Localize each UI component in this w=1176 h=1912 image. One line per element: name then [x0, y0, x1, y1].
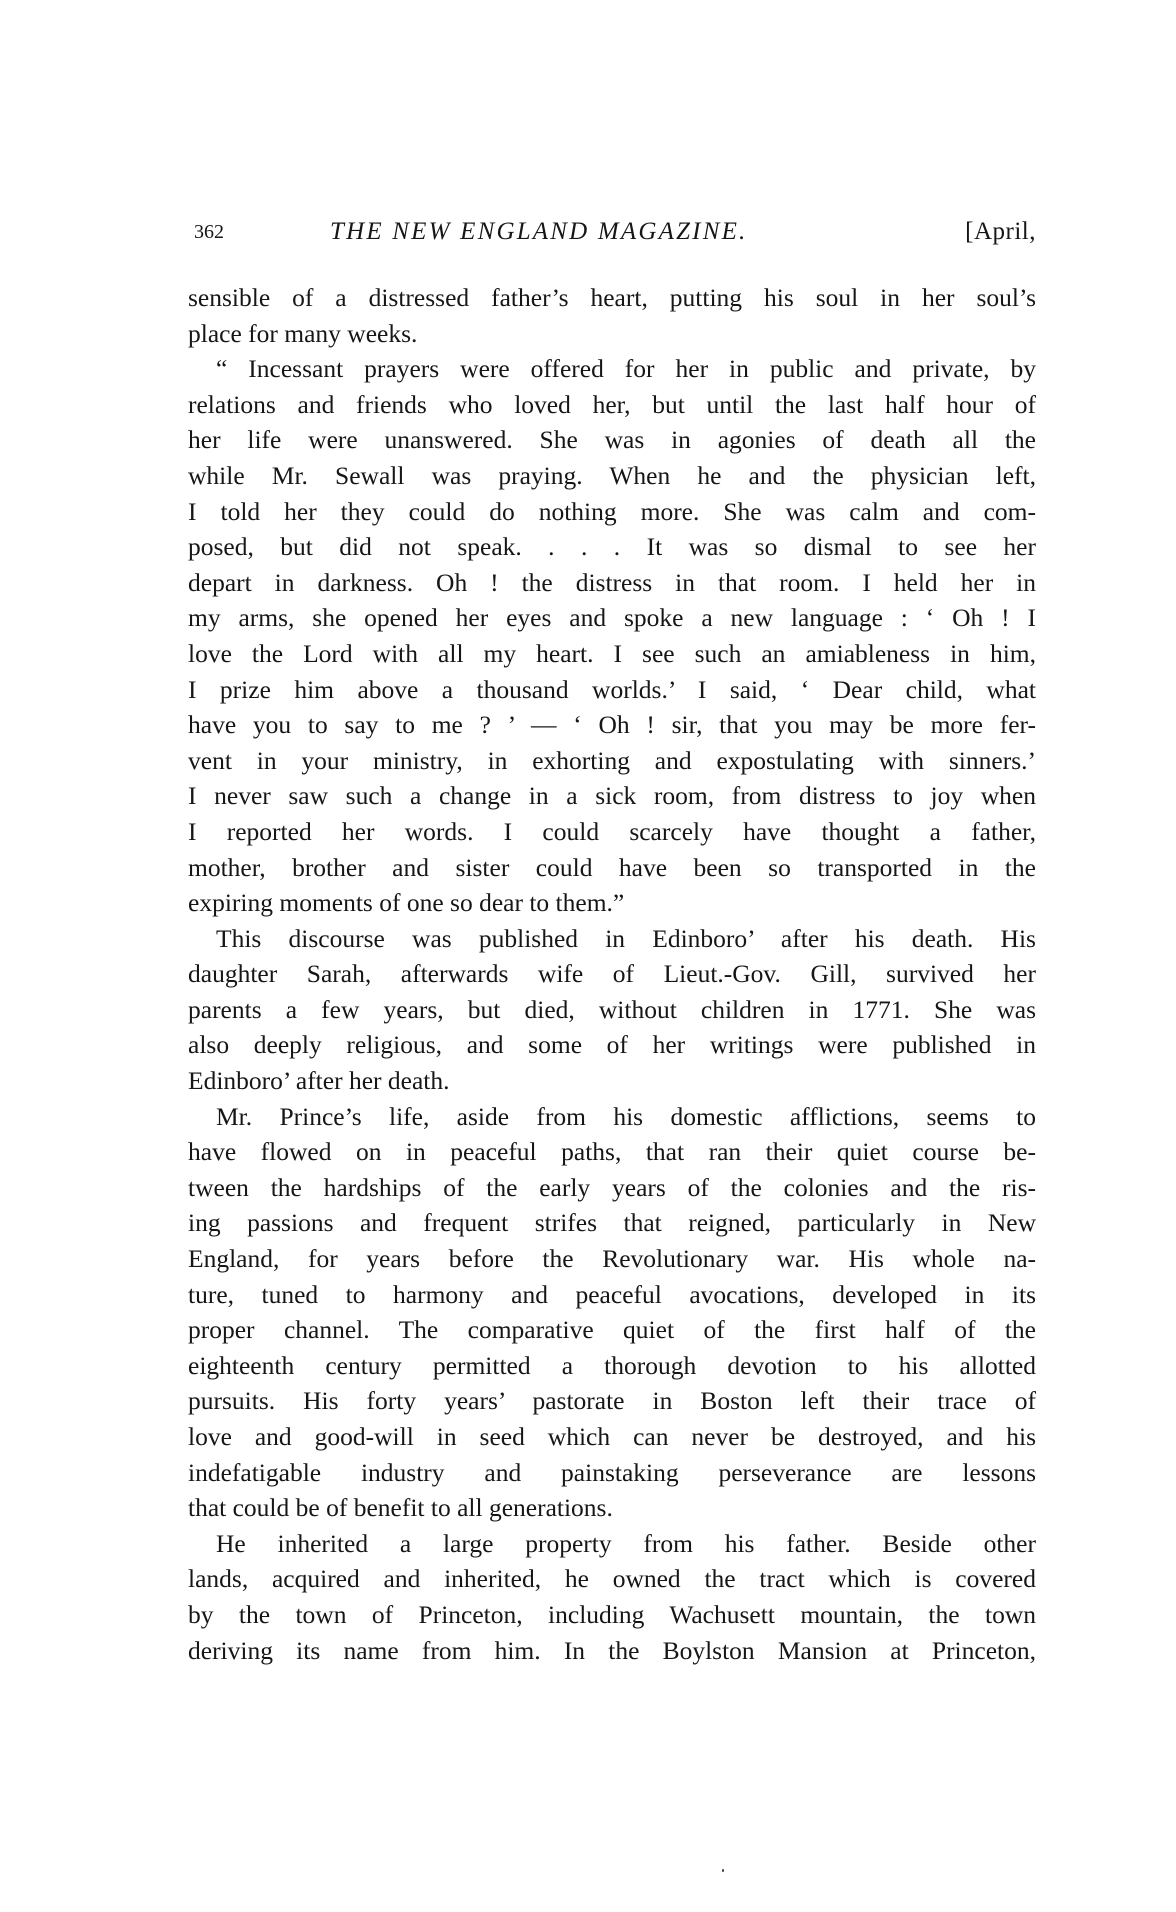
text-line: pursuits. His forty years’ pastorate in … [188, 1383, 1036, 1419]
text-line: love and good-will in seed which can nev… [188, 1419, 1036, 1455]
text-line: have you to say to me ? ’ — ‘ Oh ! sir, … [188, 707, 1036, 743]
body-text: sensible of a distressed father’s heart,… [188, 280, 1036, 1668]
text-line: my arms, she opened her eyes and spoke a… [188, 600, 1036, 636]
text-line: posed, but did not speak. . . . It was s… [188, 529, 1036, 565]
issue-month: [April, [965, 214, 1036, 250]
text-line: “ Incessant prayers were offered for her… [188, 351, 1036, 387]
text-line: I never saw such a change in a sick room… [188, 778, 1036, 814]
text-line: her life were unanswered. She was in ago… [188, 422, 1036, 458]
text-line: tween the hardships of the early years o… [188, 1170, 1036, 1206]
text-line: Mr. Prince’s life, aside from his domest… [188, 1099, 1036, 1135]
text-line: place for many weeks. [188, 316, 1036, 352]
text-line: love the Lord with all my heart. I see s… [188, 636, 1036, 672]
text-line: He inherited a large property from his f… [188, 1526, 1036, 1562]
text-line: proper channel. The comparative quiet of… [188, 1312, 1036, 1348]
text-line: England, for years before the Revolution… [188, 1241, 1036, 1277]
text-line: vent in your ministry, in exhorting and … [188, 743, 1036, 779]
text-line: I prize him above a thousand worlds.’ I … [188, 672, 1036, 708]
text-line: daughter Sarah, afterwards wife of Lieut… [188, 956, 1036, 992]
text-line: eighteenth century permitted a thorough … [188, 1348, 1036, 1384]
text-line: mother, brother and sister could have be… [188, 850, 1036, 886]
text-line: relations and friends who loved her, but… [188, 387, 1036, 423]
text-line: Edinboro’ after her death. [188, 1063, 1036, 1099]
text-line: parents a few years, but died, without c… [188, 992, 1036, 1028]
text-line: ing passions and frequent strifes that r… [188, 1205, 1036, 1241]
text-line: I reported her words. I could scarcely h… [188, 814, 1036, 850]
text-line: depart in darkness. Oh ! the distress in… [188, 565, 1036, 601]
text-line: lands, acquired and inherited, he owned … [188, 1561, 1036, 1597]
text-line: This discourse was published in Edinboro… [188, 921, 1036, 957]
text-line: that could be of benefit to all generati… [188, 1490, 1036, 1526]
text-line: by the town of Princeton, including Wach… [188, 1597, 1036, 1633]
text-line: expiring moments of one so dear to them.… [188, 885, 1036, 921]
text-line: sensible of a distressed father’s heart,… [188, 280, 1036, 316]
text-line: while Mr. Sewall was praying. When he an… [188, 458, 1036, 494]
running-head: 362 THE NEW ENGLAND MAGAZINE. [April, [194, 214, 1036, 250]
text-line: deriving its name from him. In the Boyls… [188, 1633, 1036, 1669]
text-line: also deeply religious, and some of her w… [188, 1027, 1036, 1063]
text-line: I told her they could do nothing more. S… [188, 494, 1036, 530]
magazine-title: THE NEW ENGLAND MAGAZINE. [330, 214, 870, 250]
text-line: ture, tuned to harmony and peaceful avoc… [188, 1277, 1036, 1313]
page-number: 362 [194, 214, 224, 250]
text-line: indefatigable industry and painstaking p… [188, 1455, 1036, 1491]
text-line: have flowed on in peaceful paths, that r… [188, 1134, 1036, 1170]
scan-speck [722, 1869, 724, 1872]
